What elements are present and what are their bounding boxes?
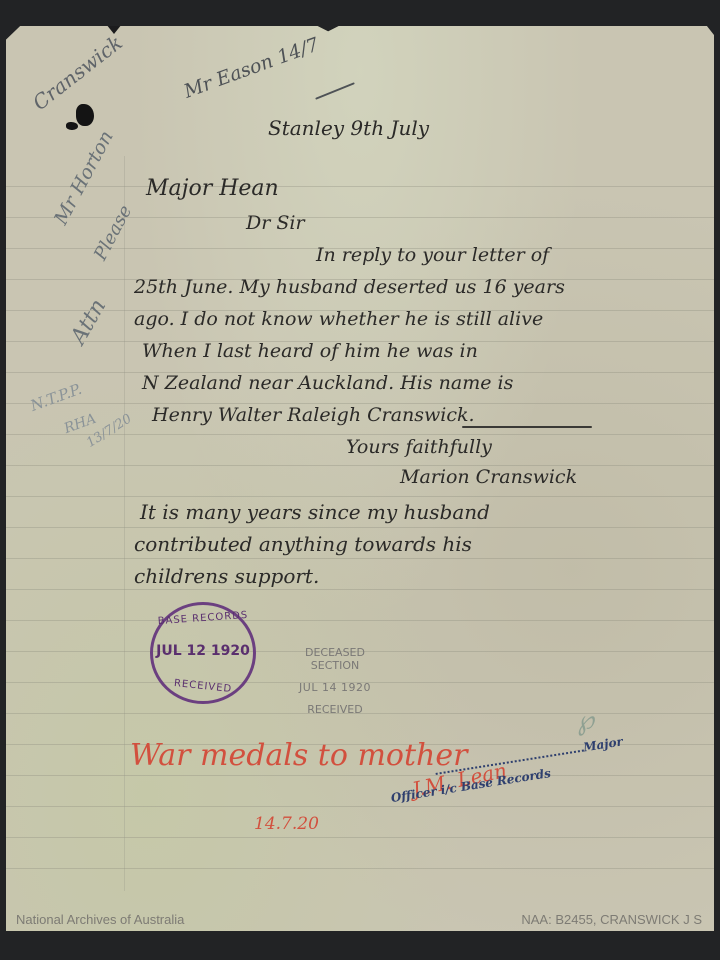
clerk-note-stroke [315, 82, 355, 100]
letter-line-5: N Zealand near Auckland. His name is [142, 372, 513, 394]
clerk-note: Mr Eason 14/7 [181, 33, 322, 102]
ink-blot [76, 104, 94, 126]
letter-line-2: 25th June. My husband deserted us 16 yea… [134, 276, 565, 298]
letter-page: Cranswick Mr Eason 14/7 Mr Horton Please… [6, 26, 714, 931]
place-date: Stanley 9th July [268, 116, 429, 140]
letter-line-4: When I last heard of him he was in [142, 340, 478, 362]
red-date: 14.7.20 [254, 814, 319, 834]
stamp-date: JUL 12 1920 [153, 643, 253, 659]
stamp-date: JUL 14 1920 [290, 681, 380, 694]
deceased-section-stamp: DECEASED SECTION JUL 14 1920 RECEIVED [290, 646, 380, 716]
base-records-stamp: BASE RECORDS JUL 12 1920 RECEIVED [150, 602, 256, 704]
postscript-line-1: It is many years since my husband [140, 500, 490, 524]
margin-line [124, 156, 125, 891]
salutation-to: Major Hean [146, 176, 279, 201]
stamp-line-2: SECTION [290, 659, 380, 672]
salutation: Dr Sir [246, 212, 305, 234]
postscript-line-3: childrens support. [134, 564, 319, 588]
postscript-line-2: contributed anything towards his [134, 532, 472, 556]
archive-reference-label: NAA: B2455, CRANSWICK J S [521, 912, 702, 927]
surname-underline [462, 426, 592, 428]
ink-blot [66, 122, 78, 130]
surname-note: Cranswick [28, 30, 127, 115]
stamp-line-1: DECEASED [290, 646, 380, 659]
letter-line-3: ago. I do not know whether he is still a… [134, 308, 543, 330]
letter-line-6: Henry Walter Raleigh Cranswick. [152, 404, 475, 426]
signature: Marion Cranswick [400, 466, 577, 488]
letter-line-1: In reply to your letter of [316, 244, 549, 266]
closing: Yours faithfully [346, 436, 492, 458]
archive-source-label: National Archives of Australia [16, 912, 184, 927]
stamp-line-3: RECEIVED [290, 703, 380, 716]
